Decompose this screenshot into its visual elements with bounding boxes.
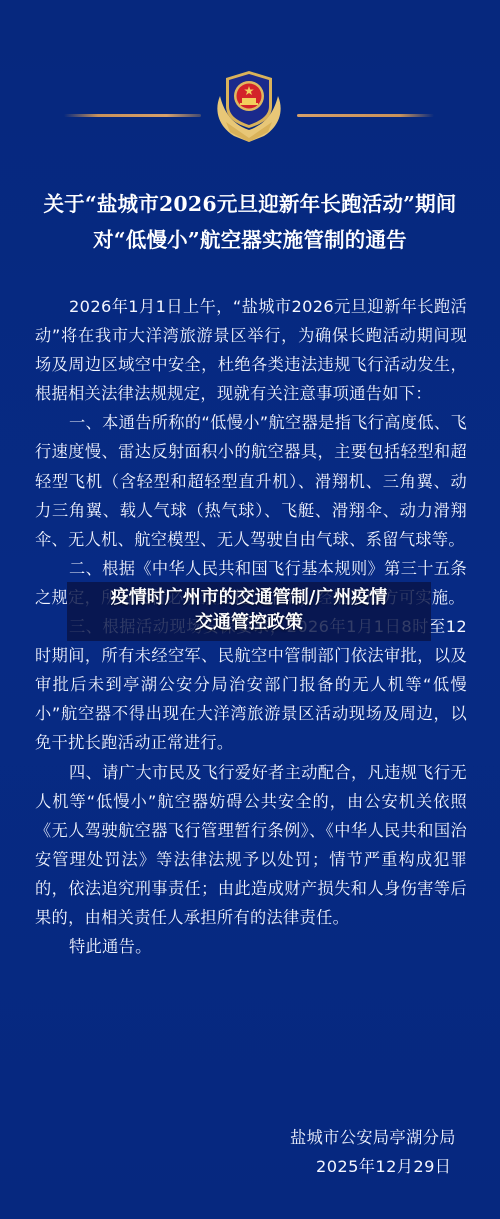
police-emblem-icon (212, 66, 286, 144)
gold-divider-left (64, 114, 201, 117)
issue-date: 2025年12月29日 (316, 1153, 451, 1177)
caption-line-2: 交通管控政策 (67, 610, 431, 635)
caption-line-1: 疫情时广州市的交通管制/广州疫情 (67, 585, 431, 610)
gold-divider-right (297, 114, 434, 117)
paragraph-intro: 2026年1月1日上午，“盐城市2026元旦迎新年长跑活动”将在我市大洋湾旅游景… (35, 292, 467, 408)
paragraph-item-4: 四、请广大市民及飞行爱好者主动配合，凡违规飞行无人机等“低慢小”航空器妨碍公共安… (35, 758, 467, 933)
issuing-organization: 盐城市公安局亭湖分局 (290, 1124, 456, 1148)
notice-title-line-2: 对“低慢小”航空器实施管制的通告 (0, 223, 500, 253)
caption-overlay: 疫情时广州市的交通管制/广州疫情 交通管控政策 (67, 585, 431, 635)
paragraph-item-1: 一、本通告所称的“低慢小”航空器是指飞行高度低、飞行速度慢、雷达反射面积小的航空… (35, 408, 467, 553)
notice-page: 关于“盐城市2026元旦迎新年长跑活动”期间 对“低慢小”航空器实施管制的通告 … (0, 0, 500, 1219)
paragraph-closing: 特此通告。 (35, 932, 467, 961)
notice-title-line-1: 关于“盐城市2026元旦迎新年长跑活动”期间 (0, 187, 500, 217)
